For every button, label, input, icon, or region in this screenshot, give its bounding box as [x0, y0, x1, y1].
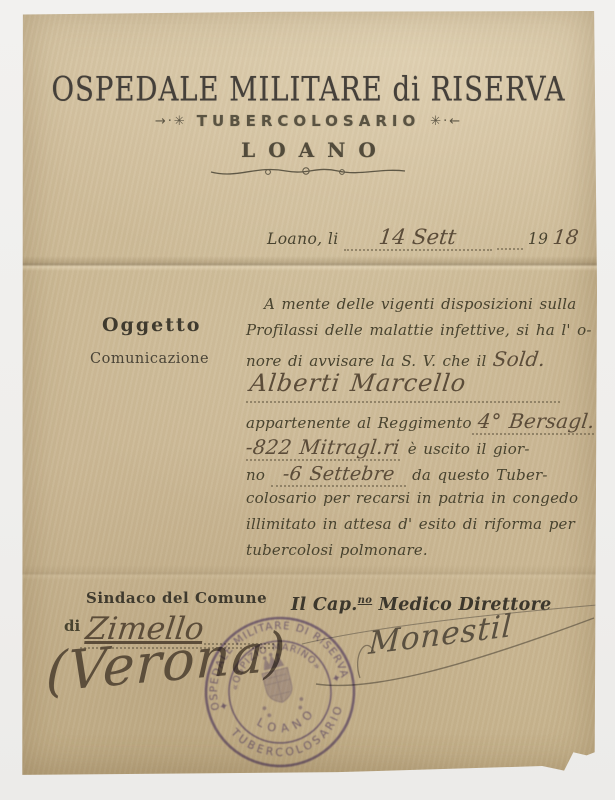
handwritten-day-month: 14 Sett [378, 225, 458, 249]
stamp-star-left-icon: ✦ [218, 699, 230, 714]
subtitle-row: →·✳TUBERCOLOSARIO✳·← [20, 112, 597, 130]
fold-crease-bottom [20, 565, 597, 580]
handwritten-year: 18 [552, 225, 580, 249]
handwritten-unit: -822 Mitragl.ri [245, 435, 402, 459]
dateline-printed: Loano, li [267, 230, 339, 248]
mayor-di: di [64, 617, 80, 635]
subject-value: Comunicazione [90, 351, 209, 367]
body-line-5: appartenente al Reggimento4° Bersagl. [246, 409, 560, 435]
body-line-10: tubercolosi polmonare. [246, 541, 560, 559]
handwritten-rank: Sold. [491, 347, 546, 371]
body-line-2: Profilassi delle malattie infettive, si … [246, 321, 560, 339]
body-line-4: Alberti Marcello [246, 369, 560, 403]
handwritten-exit-date: -6 Settebre [281, 463, 395, 485]
body-line-7: no-6 Settebreda questo Tuber- [246, 463, 560, 487]
ornament-left-icon: →·✳ [155, 114, 187, 129]
body-line-6-printed: è uscito il gior- [408, 440, 530, 458]
body-line-5-printed: appartenente al Reggimento [246, 414, 472, 432]
body-line-6: -822 Mitragl.riè uscito il gior- [246, 435, 560, 461]
unit-slot: -822 Mitragl.ri [246, 435, 400, 461]
dateline-day-month-slot: 14 Sett [344, 225, 492, 251]
body-line-8: colosario per recarsi in patria in conge… [246, 489, 560, 507]
handwritten-regiment: 4° Bersagl. [476, 409, 596, 433]
dateline-dots [497, 229, 523, 250]
mayor-label: Sindaco del Comune [86, 589, 267, 607]
subject-label: Oggetto [102, 314, 201, 336]
flourish-divider-icon [208, 163, 408, 181]
body-line-9: illimitato in attesa d' esito di riforma… [246, 515, 560, 533]
regiment-slot: 4° Bersagl. [472, 409, 595, 435]
body-line-7-printed-b: da questo Tuber- [412, 466, 548, 484]
photo-background: OSPEDALE MILITARE di RISERVA →·✳TUBERCOL… [0, 0, 615, 800]
stamp-text-outer-bottom: TUBERCOLOSARIO [226, 699, 355, 772]
body-line-1: A mente delle vigenti disposizioni sulla [246, 295, 578, 313]
handwritten-name: Alberti Marcello [244, 369, 468, 397]
location-heading: LOANO [20, 138, 597, 162]
svg-text:TUBERCOLOSARIO: TUBERCOLOSARIO [226, 699, 355, 772]
document-paper: OSPEDALE MILITARE di RISERVA →·✳TUBERCOL… [20, 11, 597, 776]
subtitle: TUBERCOLOSARIO [197, 112, 420, 130]
body-line-3-printed: nore di avvisare la S. V. che il [246, 352, 487, 370]
dateline-century: 19 [528, 230, 549, 248]
body-line-3: nore di avvisare la S. V. che ilSold. [246, 347, 560, 371]
body-line-7-printed-a: no [246, 466, 265, 484]
exit-date-slot: -6 Settebre [271, 463, 406, 487]
fold-crease-top [20, 256, 597, 271]
dateline: Loano, li 14 Sett 19 18 [267, 225, 579, 251]
ornament-right-icon: ✳·← [430, 114, 462, 129]
page-title: OSPEDALE MILITARE di RISERVA [34, 69, 582, 108]
